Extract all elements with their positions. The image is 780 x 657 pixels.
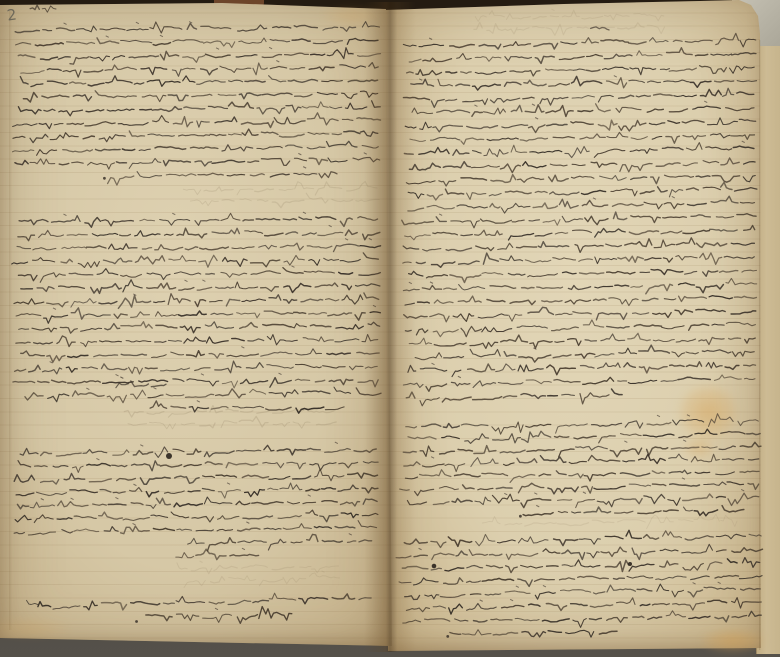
foxing-stain (701, 629, 765, 653)
right-page-crease (759, 40, 761, 650)
left-page (0, 0, 392, 652)
manuscript-scan: 2 (0, 0, 780, 657)
right-page (384, 0, 764, 654)
left-page-crease (9, 10, 12, 630)
gutter-shadow (364, 2, 416, 652)
foxing-stain (678, 384, 738, 440)
foxing-stain (684, 437, 714, 459)
